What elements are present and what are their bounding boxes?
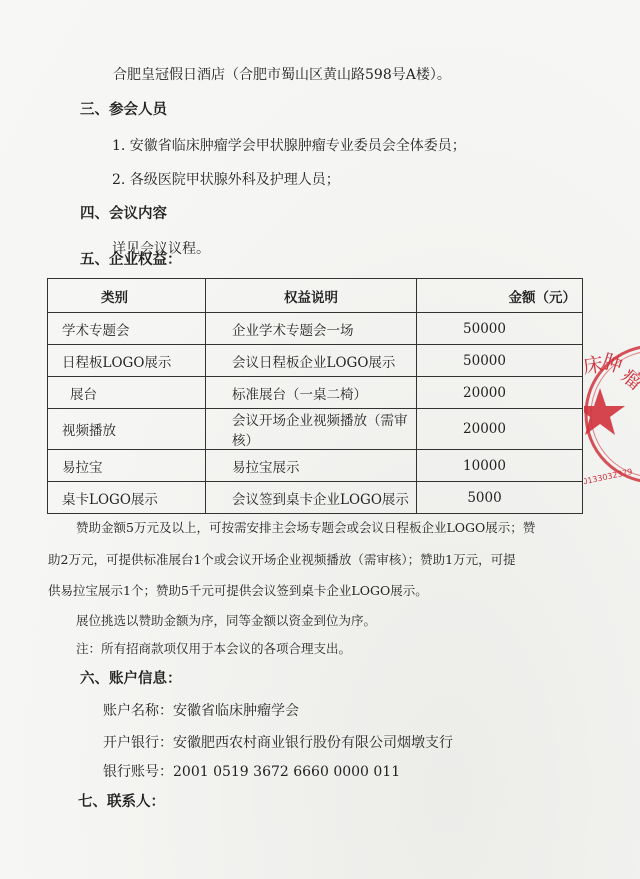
table-row: 学术专题会 企业学术专题会一场 50000 xyxy=(48,313,583,345)
table-row: 展台 标准展台（一桌二椅） 20000 xyxy=(48,377,583,409)
section-3-heading: 三、参会人员 xyxy=(80,101,167,119)
account-number-row: 银行账号：2001 0519 3672 6660 0000 011 xyxy=(103,763,400,781)
cell-description: 易拉宝展示 xyxy=(206,450,417,482)
cell-description: 企业学术专题会一场 xyxy=(206,313,417,345)
official-seal-stamp: 床 肿 瘤 0133032379 xyxy=(584,342,640,492)
funds-usage-note: 注：所有招商款项仅用于本会议的各项合理支出。 xyxy=(76,640,351,658)
cell-amount: 50000 xyxy=(417,313,583,345)
cell-category: 日程板LOGO展示 xyxy=(48,345,206,377)
cell-amount: 50000 xyxy=(417,345,583,377)
cell-amount: 20000 xyxy=(417,377,583,409)
cell-description: 标准展台（一桌二椅） xyxy=(206,377,417,409)
header-description: 权益说明 xyxy=(206,279,417,313)
account-number-value: 2001 0519 3672 6660 0000 011 xyxy=(173,764,400,780)
section-4-heading: 四、会议内容 xyxy=(80,205,167,223)
header-category: 类别 xyxy=(48,279,206,313)
section-7-heading: 七、联系人： xyxy=(78,793,165,811)
header-amount: 金额（元） xyxy=(417,279,583,313)
booth-order-note: 展位挑选以赞助金额为序，同等金额以资金到位为序。 xyxy=(76,612,376,630)
cell-category: 展台 xyxy=(48,377,206,409)
table-row: 日程板LOGO展示 会议日程板企业LOGO展示 50000 xyxy=(48,345,583,377)
cell-amount: 5000 xyxy=(417,482,583,514)
cell-amount: 20000 xyxy=(417,409,583,450)
benefits-table: 类别 权益说明 金额（元） 学术专题会 企业学术专题会一场 50000 日程板L… xyxy=(47,278,583,514)
sponsor-note-line-1: 赞助金额5万元及以上，可按需安排主会场专题会或会议日程板企业LOGO展示；赞 xyxy=(76,519,535,537)
bank-value: 安徽肥西农村商业银行股份有限公司烟墩支行 xyxy=(173,735,453,751)
sponsor-note-line-3: 供易拉宝展示1个；赞助5千元可提供会议签到桌卡企业LOGO展示。 xyxy=(48,582,428,600)
sponsor-note-line-2: 助2万元，可提供标准展台1个或会议开场企业视频播放（需审核）；赞助1万元，可提 xyxy=(48,551,516,569)
venue-line: 合肥皇冠假日酒店（合肥市蜀山区黄山路598号A楼）。 xyxy=(113,66,451,84)
seal-icon: 床 肿 瘤 0133032379 xyxy=(584,342,640,492)
section-6-heading: 六、账户信息： xyxy=(80,670,182,688)
document-page: 合肥皇冠假日酒店（合肥市蜀山区黄山路598号A楼）。 三、参会人员 1. 安徽省… xyxy=(0,0,640,879)
cell-description: 会议开场企业视频播放（需审核） xyxy=(206,409,417,450)
attendee-item-2: 2. 各级医院甲状腺外科及护理人员； xyxy=(112,171,340,189)
account-name-label: 账户名称： xyxy=(103,703,173,719)
cell-category: 视频播放 xyxy=(48,409,206,450)
cell-category: 易拉宝 xyxy=(48,450,206,482)
bank-row: 开户银行：安徽肥西农村商业银行股份有限公司烟墩支行 xyxy=(103,734,453,752)
cell-category: 桌卡LOGO展示 xyxy=(48,482,206,514)
svg-text:0133032379: 0133032379 xyxy=(584,467,633,486)
attendee-item-1: 1. 安徽省临床肿瘤学会甲状腺肿瘤专业委员会全体委员； xyxy=(112,137,466,155)
table-header-row: 类别 权益说明 金额（元） xyxy=(48,279,583,313)
account-name-row: 账户名称：安徽省临床肿瘤学会 xyxy=(103,702,299,720)
account-name-value: 安徽省临床肿瘤学会 xyxy=(173,703,299,719)
table-row: 视频播放 会议开场企业视频播放（需审核） 20000 xyxy=(48,409,583,450)
table-row: 易拉宝 易拉宝展示 10000 xyxy=(48,450,583,482)
bank-label: 开户银行： xyxy=(103,735,173,751)
cell-description: 会议日程板企业LOGO展示 xyxy=(206,345,417,377)
table-row: 桌卡LOGO展示 会议签到桌卡企业LOGO展示 5000 xyxy=(48,482,583,514)
cell-amount: 10000 xyxy=(417,450,583,482)
cell-category: 学术专题会 xyxy=(48,313,206,345)
cell-description: 会议签到桌卡企业LOGO展示 xyxy=(206,482,417,514)
section-5-heading: 五、企业权益： xyxy=(80,251,182,269)
account-number-label: 银行账号： xyxy=(103,764,173,780)
